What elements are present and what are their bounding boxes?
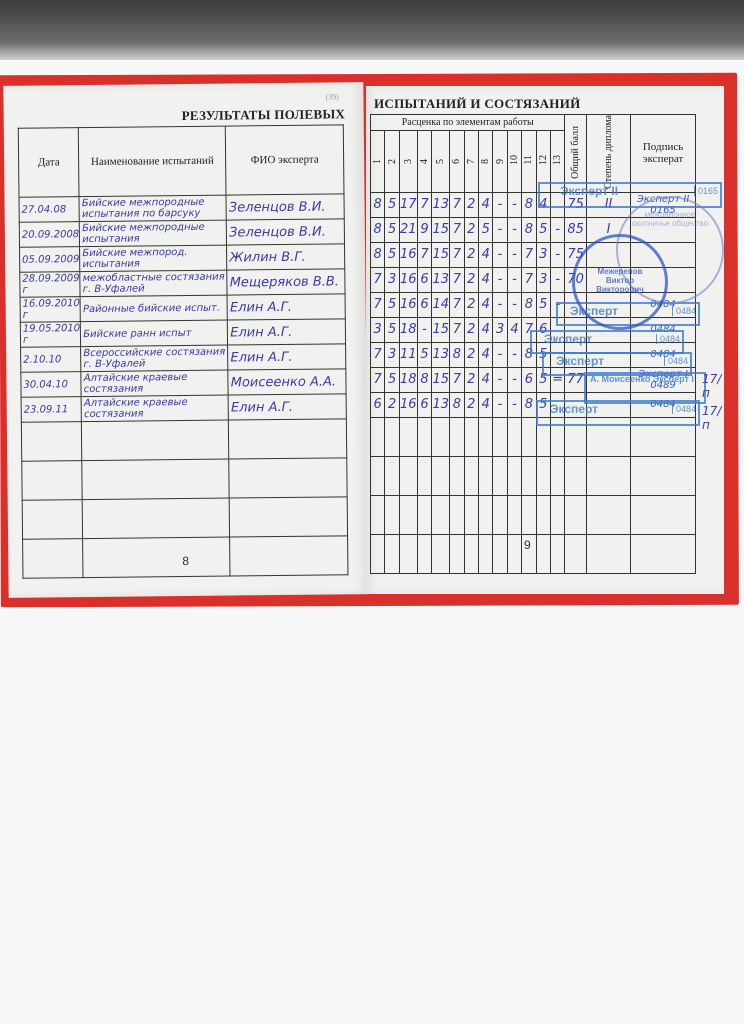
element-score-cell: 16	[399, 392, 417, 417]
element-score-cell: 5	[385, 192, 399, 217]
trial-name-cell	[83, 537, 230, 578]
table-row: 23.09.11Алтайские краевые состязанияЕлин…	[21, 394, 346, 422]
trial-name-cell: Всероссийские состязания г. В-Уфалей	[81, 345, 228, 372]
column-header-element: 10	[507, 130, 521, 192]
trial-name-cell: Районные бийские испыт.	[80, 295, 227, 322]
column-header-expert: ФИО эксперта	[226, 125, 344, 195]
element-score-cell	[522, 456, 536, 495]
right-page: ИСПЫТАНИЙ И СОСТЯЗАНИЙ Расценка по элеме…	[366, 86, 724, 594]
element-score-cell	[550, 495, 564, 534]
diploma-cell	[586, 495, 630, 534]
element-score-cell: 5	[385, 292, 399, 317]
total-score-cell	[565, 495, 587, 534]
trial-name-cell: Алтайские краевые состязания	[81, 395, 228, 422]
corner-mark: (39)	[325, 92, 338, 101]
element-score-cell: 15	[432, 367, 450, 392]
element-score-cell: 3	[385, 342, 399, 367]
element-score-cell: -	[507, 242, 521, 267]
element-score-cell: 15	[432, 242, 450, 267]
element-score-cell: 7	[417, 242, 431, 267]
element-score-cell: 5	[385, 317, 399, 342]
results-table-left: Дата Наименование испытаний ФИО эксперта…	[18, 124, 349, 578]
element-score-cell: 2	[464, 342, 478, 367]
group-header-elements: Расценка по элементам работы	[371, 115, 565, 131]
table-row: 19.05.2010 гБийские ранн испытЕлин А.Г.	[20, 319, 345, 347]
total-score-cell	[565, 534, 587, 573]
element-score-cell: -	[507, 342, 521, 367]
element-score-cell: -	[550, 242, 564, 267]
expert-stamp: Эксперт0484	[536, 400, 700, 426]
date-cell: 2.10.10	[21, 347, 82, 373]
page-heading-left: РЕЗУЛЬТАТЫ ПОЛЕВЫХ	[182, 106, 346, 124]
element-score-cell: 5	[385, 367, 399, 392]
element-score-cell: 5	[385, 217, 399, 242]
table-row: 28.09.2009 гмежобластные состязания г. В…	[20, 269, 345, 297]
element-score-cell	[450, 534, 464, 573]
column-header-element: 1	[371, 130, 385, 192]
element-score-cell: 2	[464, 292, 478, 317]
column-header-element: 11	[522, 130, 536, 192]
trial-name-cell: Бийские ранн испыт	[81, 320, 228, 347]
expert-name-cell: Елин А.Г.	[228, 394, 346, 420]
date-cell: 27.04.08	[19, 197, 80, 223]
element-score-cell: 6	[417, 267, 431, 292]
element-score-cell: 3	[493, 317, 507, 342]
element-score-cell: 8	[450, 392, 464, 417]
element-score-cell: 8	[417, 367, 431, 392]
page-number-right: 9	[524, 538, 531, 552]
element-score-cell	[432, 534, 450, 573]
table-row	[22, 497, 347, 539]
margin-note: 17/п	[702, 404, 724, 432]
element-score-cell: 4	[479, 292, 493, 317]
element-score-cell: 2	[464, 217, 478, 242]
element-score-cell: 15	[432, 217, 450, 242]
element-score-cell: -	[417, 317, 431, 342]
expert-name-cell: Елин А.Г.	[228, 319, 346, 345]
element-score-cell: 4	[479, 367, 493, 392]
page-number-left: 8	[182, 554, 189, 568]
element-score-cell: 7	[450, 317, 464, 342]
table-row: 2.10.10Всероссийские состязания г. В-Уфа…	[21, 344, 346, 372]
element-score-cell: 18	[399, 317, 417, 342]
element-score-cell: -	[493, 242, 507, 267]
diploma-cell	[586, 456, 630, 495]
element-score-cell: 2	[464, 242, 478, 267]
element-score-cell: 2	[464, 367, 478, 392]
element-score-cell: 2	[464, 392, 478, 417]
date-cell: 19.05.2010 г	[20, 322, 81, 348]
element-score-cell: 7	[522, 242, 536, 267]
trial-name-cell	[82, 498, 229, 539]
element-score-cell	[493, 495, 507, 534]
table-row: 16.09.2010 гРайонные бийские испыт.Елин …	[20, 294, 345, 322]
element-score-cell: 13	[432, 342, 450, 367]
element-score-cell: -	[507, 292, 521, 317]
scan-top-edge	[0, 0, 744, 60]
expert-name-cell: Жилин В.Г.	[227, 244, 345, 270]
column-header-element: 7	[464, 130, 478, 192]
element-score-cell: -	[550, 217, 564, 242]
element-score-cell: 7	[450, 217, 464, 242]
element-score-cell: 7	[450, 267, 464, 292]
signature-cell	[631, 534, 696, 573]
element-score-cell	[385, 417, 399, 456]
element-score-cell	[432, 417, 450, 456]
element-score-cell	[522, 417, 536, 456]
element-score-cell: 9	[417, 217, 431, 242]
element-score-cell: 4	[507, 317, 521, 342]
date-cell: 28.09.2009 г	[20, 272, 81, 298]
element-score-cell	[432, 495, 450, 534]
element-score-cell: 8	[522, 292, 536, 317]
element-score-cell	[507, 495, 521, 534]
element-score-cell: 7	[371, 367, 385, 392]
column-header-element: 2	[385, 130, 399, 192]
element-score-cell	[536, 534, 550, 573]
column-header-element: 8	[479, 130, 493, 192]
element-score-cell: 8	[371, 242, 385, 267]
column-header-element: 4	[417, 130, 431, 192]
element-score-cell: -	[507, 192, 521, 217]
element-score-cell	[479, 456, 493, 495]
date-cell	[22, 500, 83, 540]
element-score-cell	[507, 534, 521, 573]
element-score-cell: 13	[432, 192, 450, 217]
element-score-cell	[450, 495, 464, 534]
element-score-cell: 6	[371, 392, 385, 417]
element-score-cell: 16	[399, 267, 417, 292]
element-score-cell	[385, 456, 399, 495]
total-score-cell: 85	[565, 217, 587, 242]
element-score-cell: -	[493, 267, 507, 292]
element-score-cell	[536, 456, 550, 495]
element-score-cell: 7	[450, 242, 464, 267]
margin-note: 17/п	[702, 372, 724, 400]
column-header-trial-name: Наименование испытаний	[79, 126, 227, 197]
table-row	[21, 419, 346, 461]
diploma-header-text: Степень диплома	[603, 115, 614, 189]
expert-name-cell	[229, 497, 347, 537]
element-score-cell: 13	[432, 392, 450, 417]
element-score-cell	[371, 417, 385, 456]
element-score-cell: 5	[417, 342, 431, 367]
element-score-cell	[522, 495, 536, 534]
element-score-cell: 15	[432, 317, 450, 342]
element-score-cell	[385, 534, 399, 573]
element-score-cell	[493, 417, 507, 456]
total-header-text: Общий балл	[570, 126, 581, 179]
table-row: 27.04.08Бийские межпородные испытания по…	[19, 194, 344, 222]
table-row: 30.04.10Алтайские краевые состязанияМоис…	[21, 369, 346, 397]
element-score-cell	[479, 417, 493, 456]
element-score-cell	[464, 534, 478, 573]
left-page: (39) РЕЗУЛЬТАТЫ ПОЛЕВЫХ Дата Наименовани…	[3, 82, 368, 598]
element-score-cell	[550, 534, 564, 573]
element-score-cell	[371, 534, 385, 573]
element-score-cell: -	[493, 292, 507, 317]
diploma-cell	[586, 534, 630, 573]
element-score-cell	[536, 495, 550, 534]
element-score-cell: 8	[371, 217, 385, 242]
element-score-cell: 6	[522, 367, 536, 392]
date-cell: 23.09.11	[21, 397, 82, 423]
element-score-cell: 8	[522, 192, 536, 217]
element-score-cell	[417, 495, 431, 534]
element-score-cell: 8	[450, 342, 464, 367]
element-score-cell: -	[493, 392, 507, 417]
column-header-element: 9	[493, 130, 507, 192]
element-score-cell: 4	[479, 267, 493, 292]
date-cell: 05.09.2009	[20, 247, 81, 273]
element-score-cell	[371, 495, 385, 534]
column-header-element: 5	[432, 130, 450, 192]
element-score-cell	[417, 417, 431, 456]
trial-name-cell: Бийские межпород. испытания	[80, 245, 227, 272]
table-row	[371, 534, 696, 573]
trial-name-cell: Бийские межпородные испытания по барсуку	[79, 195, 226, 222]
element-score-cell	[507, 456, 521, 495]
element-score-cell: 2	[385, 392, 399, 417]
expert-name-cell	[230, 536, 348, 576]
expert-name-cell: Елин А.Г.	[228, 344, 346, 370]
table-row: 05.09.2009Бийские межпород. испытанияЖил…	[20, 244, 345, 272]
element-score-cell: 7	[371, 267, 385, 292]
element-score-cell: 8	[522, 392, 536, 417]
expert-name-cell	[229, 419, 347, 459]
element-score-cell: 2	[464, 192, 478, 217]
column-header-signature: Подпись эксперат	[631, 115, 696, 193]
element-score-cell: 5	[536, 217, 550, 242]
element-score-cell: 13	[432, 267, 450, 292]
element-score-cell: -	[507, 392, 521, 417]
trial-name-cell: Бийские межпородные испытания	[80, 220, 227, 247]
element-score-cell: 3	[385, 267, 399, 292]
element-score-cell: 2	[464, 267, 478, 292]
element-score-cell: 21	[399, 217, 417, 242]
element-score-cell: 3	[371, 317, 385, 342]
element-score-cell: 4	[479, 317, 493, 342]
element-score-cell	[450, 417, 464, 456]
trial-name-cell: Алтайские краевые состязания	[81, 370, 228, 397]
element-score-cell	[432, 456, 450, 495]
element-score-cell: 5	[536, 292, 550, 317]
element-score-cell	[479, 534, 493, 573]
element-score-cell	[417, 456, 431, 495]
column-header-element: 3	[399, 130, 417, 192]
element-score-cell: -	[550, 267, 564, 292]
table-row	[371, 456, 696, 495]
element-score-cell: -	[493, 342, 507, 367]
date-cell: 16.09.2010 г	[20, 297, 81, 323]
trial-name-cell	[82, 459, 229, 500]
expert-stamp: Эксперт0484	[530, 330, 684, 354]
element-score-cell: 3	[536, 267, 550, 292]
element-score-cell: 7	[522, 267, 536, 292]
element-score-cell	[464, 456, 478, 495]
expert-seal: Межерепов Виктор Викторович	[572, 234, 668, 330]
date-cell	[22, 461, 83, 501]
element-score-cell: 11	[399, 342, 417, 367]
column-header-diploma: Степень диплома	[586, 115, 630, 193]
element-score-cell: -	[493, 367, 507, 392]
element-score-cell: 7	[450, 192, 464, 217]
element-score-cell: 18	[399, 367, 417, 392]
element-score-cell: -	[507, 217, 521, 242]
element-score-cell	[493, 456, 507, 495]
date-cell	[21, 422, 82, 462]
element-score-cell: -	[493, 217, 507, 242]
table-header-row-1: Расценка по элементам работы Общий балл …	[371, 115, 696, 131]
element-score-cell	[464, 417, 478, 456]
element-score-cell	[399, 456, 417, 495]
element-score-cell: 8	[522, 217, 536, 242]
element-score-cell	[399, 417, 417, 456]
expert-name-cell: Елин А.Г.	[227, 294, 345, 320]
element-score-cell	[417, 534, 431, 573]
expert-name-cell	[229, 458, 347, 498]
element-score-cell: 4	[479, 342, 493, 367]
table-row: 20.09.2008Бийские межпородные испытанияЗ…	[19, 219, 344, 247]
element-score-cell: -	[507, 367, 521, 392]
column-header-element: 6	[450, 130, 464, 192]
element-score-cell: 17	[399, 192, 417, 217]
expert-name-cell: Зеленцов В.И.	[226, 194, 344, 220]
element-score-cell	[479, 495, 493, 534]
element-score-cell: -	[507, 267, 521, 292]
element-score-cell: 7	[371, 292, 385, 317]
column-header-total: Общий балл	[565, 115, 587, 193]
signature-cell	[631, 456, 696, 495]
element-score-cell: 16	[399, 242, 417, 267]
element-score-cell: 14	[432, 292, 450, 317]
page-heading-right: ИСПЫТАНИЙ И СОСТЯЗАНИЙ	[374, 96, 581, 112]
element-score-cell	[493, 534, 507, 573]
column-header-date: Дата	[18, 128, 79, 198]
element-score-cell: 6	[417, 292, 431, 317]
expert-name-cell: Моисеенко А.А.	[228, 369, 346, 395]
element-score-cell: 4	[479, 192, 493, 217]
element-score-cell	[399, 534, 417, 573]
element-score-cell: -	[493, 192, 507, 217]
element-score-cell: 6	[417, 392, 431, 417]
element-score-cell: 2	[464, 317, 478, 342]
date-cell: 20.09.2008	[19, 222, 80, 248]
element-score-cell: 8	[371, 192, 385, 217]
element-score-cell	[450, 456, 464, 495]
element-score-cell: 7	[450, 367, 464, 392]
element-score-cell: 7	[417, 192, 431, 217]
table-row	[22, 458, 347, 500]
table-row	[371, 495, 696, 534]
element-score-cell: 5	[385, 242, 399, 267]
element-score-cell	[464, 495, 478, 534]
trial-name-cell: межобластные состязания г. В-Уфалей	[80, 270, 227, 297]
element-score-cell	[399, 495, 417, 534]
element-score-cell: 4	[479, 392, 493, 417]
total-score-cell	[565, 456, 587, 495]
element-score-cell	[371, 456, 385, 495]
element-score-cell: 5	[479, 217, 493, 242]
trial-name-cell	[82, 420, 229, 461]
element-score-cell: 4	[479, 242, 493, 267]
element-score-cell: 3	[536, 242, 550, 267]
signature-cell	[631, 495, 696, 534]
element-score-cell	[550, 456, 564, 495]
element-score-cell: 16	[399, 292, 417, 317]
element-score-cell	[385, 495, 399, 534]
element-score-cell: 7	[450, 292, 464, 317]
date-cell	[23, 539, 84, 579]
expert-name-cell: Мещеряков В.В.	[227, 269, 345, 295]
expert-name-cell: Зеленцов В.И.	[227, 219, 345, 245]
element-score-cell: 7	[371, 342, 385, 367]
date-cell: 30.04.10	[21, 372, 82, 398]
table-header-row: Дата Наименование испытаний ФИО эксперта	[18, 125, 344, 197]
element-score-cell	[507, 417, 521, 456]
